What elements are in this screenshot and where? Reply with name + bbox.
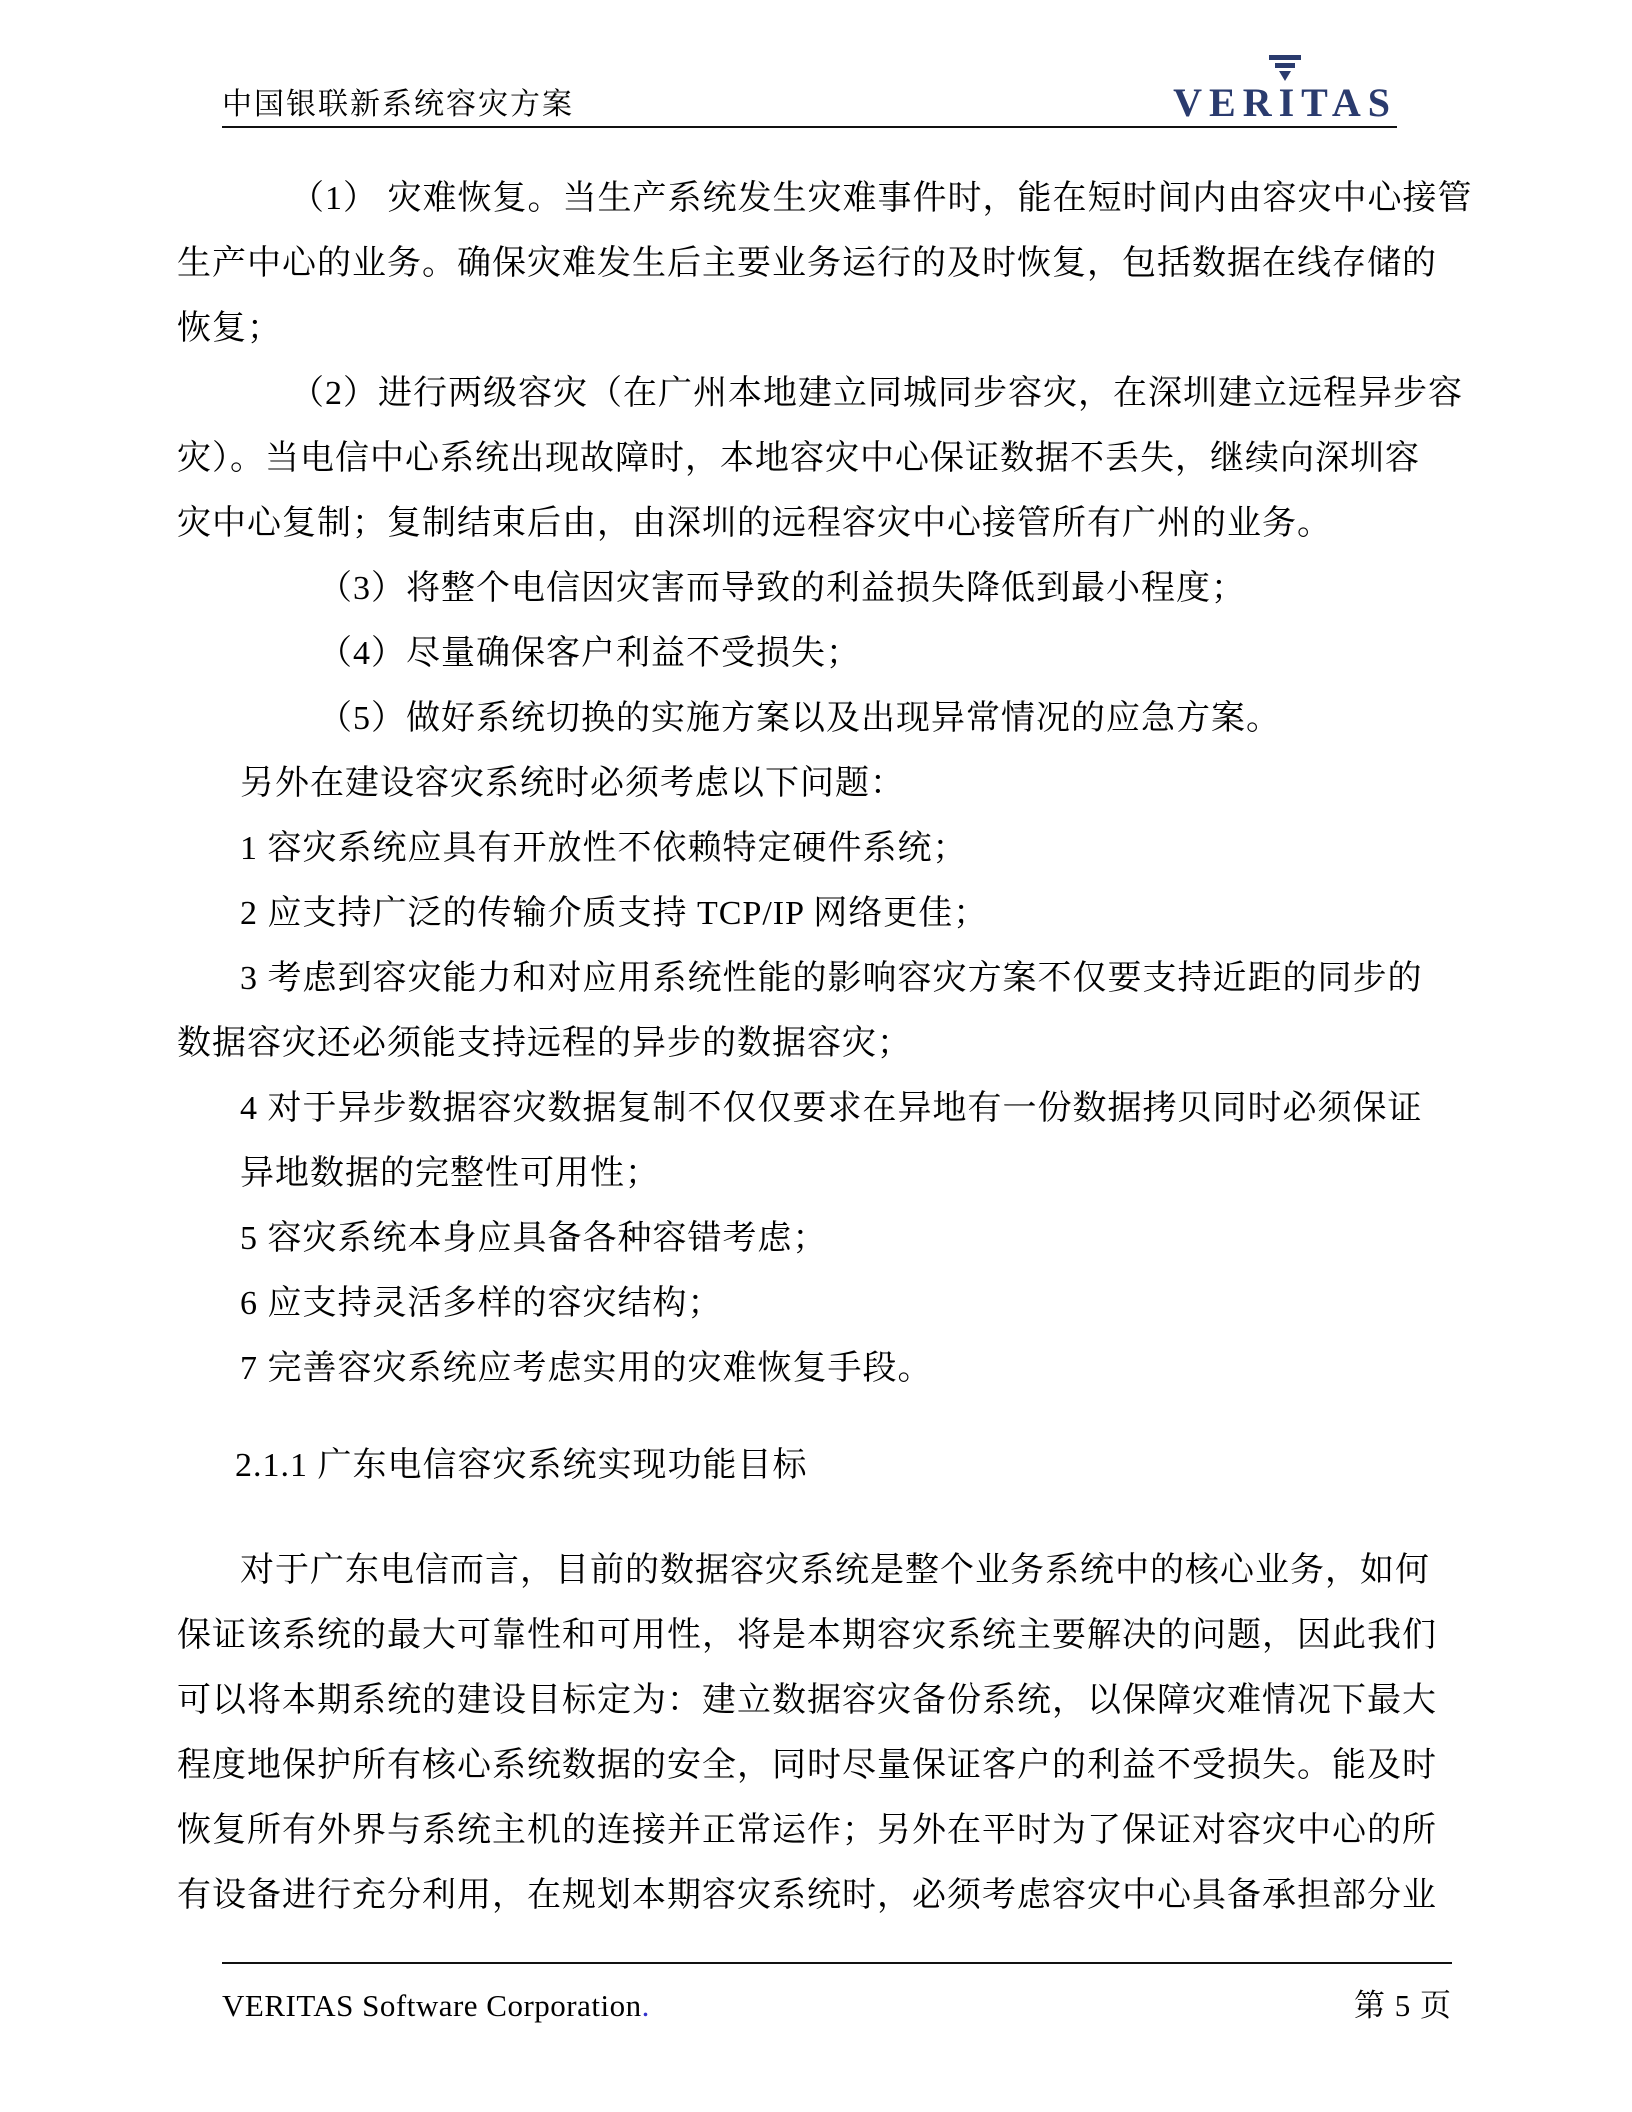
- body-line: 生产中心的业务。确保灾难发生后主要业务运行的及时恢复，包括数据在线存储的: [177, 231, 1450, 296]
- veritas-wordmark: VERITAS: [1173, 84, 1397, 122]
- body-line: 1 容灾系统应具有开放性不依赖特定硬件系统；: [177, 816, 1450, 881]
- veritas-triangle-icon: [1264, 55, 1306, 82]
- body-line: （5）做好系统切换的实施方案以及出现异常情况的应急方案。: [177, 686, 1450, 751]
- page-header: 中国银联新系统容灾方案 VERITAS: [222, 58, 1397, 128]
- page-number-prefix: 第: [1354, 1988, 1386, 2023]
- body-line: 异地数据的完整性可用性；: [177, 1141, 1450, 1206]
- body-line: 灾）。当电信中心系统出现故障时，本地容灾中心保证数据不丢失，继续向深圳容: [177, 426, 1450, 491]
- body-line: 6 应支持灵活多样的容灾结构；: [177, 1271, 1450, 1336]
- body-line: 恢复；: [177, 296, 1450, 361]
- document-page: 中国银联新系统容灾方案 VERITAS （1） 灾难恢复。当生产系统发生灾难事件…: [0, 0, 1632, 2112]
- body-line: 保证该系统的最大可靠性和可用性，将是本期容灾系统主要解决的问题，因此我们: [177, 1603, 1450, 1668]
- body-line: 对于广东电信而言，目前的数据容灾系统是整个业务系统中的核心业务，如何: [177, 1538, 1450, 1603]
- body-line: （2）进行两级容灾（在广州本地建立同城同步容灾，在深圳建立远程异步容: [177, 361, 1450, 426]
- body-line: 5 容灾系统本身应具备各种容错考虑；: [177, 1206, 1450, 1271]
- body-line: 4 对于异步数据容灾数据复制不仅仅要求在异地有一份数据拷贝同时必须保证: [177, 1076, 1450, 1141]
- veritas-logo: VERITAS: [1173, 55, 1397, 122]
- body-line: （3）将整个电信因灾害而导致的利益损失降低到最小程度；: [177, 556, 1450, 621]
- page-number-suffix: 页: [1420, 1988, 1452, 2023]
- body-line: 数据容灾还必须能支持远程的异步的数据容灾；: [177, 1011, 1450, 1076]
- body-line: 2 应支持广泛的传输介质支持 TCP/IP 网络更佳；: [177, 881, 1450, 946]
- body-line: 可以将本期系统的建设目标定为：建立数据容灾备份系统，以保障灾难情况下最大: [177, 1668, 1450, 1733]
- body-line: 3 考虑到容灾能力和对应用系统性能的影响容灾方案不仅要支持近距的同步的: [177, 946, 1450, 1011]
- footer-company-period: .: [642, 1988, 650, 2023]
- body-line: 有设备进行充分利用，在规划本期容灾系统时，必须考虑容灾中心具备承担部分业: [177, 1863, 1450, 1928]
- body-line: 恢复所有外界与系统主机的连接并正常运作；另外在平时为了保证对容灾中心的所: [177, 1798, 1450, 1863]
- document-title: 中国银联新系统容灾方案: [222, 88, 574, 122]
- body-line: 另外在建设容灾系统时必须考虑以下问题：: [177, 751, 1450, 816]
- body-line: （1） 灾难恢复。当生产系统发生灾难事件时，能在短时间内由容灾中心接管: [177, 166, 1450, 231]
- body-line: 灾中心复制；复制结束后由，由深圳的远程容灾中心接管所有广州的业务。: [177, 491, 1450, 556]
- document-body: （1） 灾难恢复。当生产系统发生灾难事件时，能在短时间内由容灾中心接管生产中心的…: [177, 166, 1450, 1928]
- page-number-label: 第 5 页: [1354, 1980, 1452, 2025]
- page-number: 5: [1395, 1988, 1412, 2023]
- page-footer: VERITAS Software Corporation. 第 5 页: [222, 1962, 1452, 2025]
- body-line: （4）尽量确保客户利益不受损失；: [177, 621, 1450, 686]
- footer-company: VERITAS Software Corporation.: [222, 1988, 650, 2024]
- section-heading: 2.1.1 广东电信容灾系统实现功能目标: [177, 1433, 1450, 1498]
- body-line: 7 完善容灾系统应考虑实用的灾难恢复手段。: [177, 1336, 1450, 1401]
- body-line: 程度地保护所有核心系统数据的安全，同时尽量保证客户的利益不受损失。能及时: [177, 1733, 1450, 1798]
- footer-company-text: VERITAS Software Corporation: [222, 1988, 642, 2023]
